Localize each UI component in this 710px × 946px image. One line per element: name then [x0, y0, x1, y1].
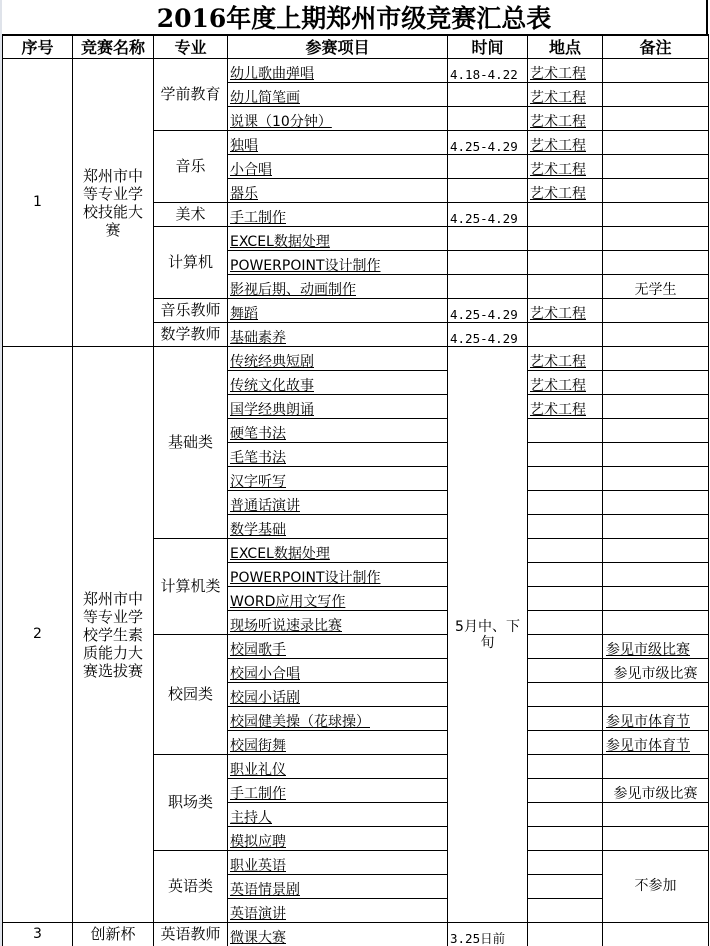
event-cell[interactable]: 英语演讲 — [228, 899, 448, 923]
note-cell[interactable] — [603, 203, 709, 227]
event-cell[interactable]: 模拟应聘 — [228, 827, 448, 851]
header-location[interactable]: 地点 — [528, 35, 603, 59]
note-cell[interactable] — [603, 395, 709, 419]
location-cell[interactable] — [528, 251, 603, 275]
note-cell[interactable] — [603, 179, 709, 203]
location-cell[interactable] — [528, 851, 603, 875]
note-cell[interactable]: 不参加 — [603, 851, 709, 923]
time-cell[interactable] — [448, 179, 528, 203]
location-cell[interactable] — [528, 539, 603, 563]
competition-table: 序号 竞赛名称 专业 参赛项目 时间 地点 备注 1 郑州市中等专业学校技能大赛… — [2, 34, 709, 946]
location-cell[interactable] — [528, 659, 603, 683]
location-cell[interactable] — [528, 227, 603, 251]
time-cell[interactable]: 4.25-4.29 — [448, 131, 528, 155]
event-cell[interactable]: EXCEL数据处理 — [228, 539, 448, 563]
location-cell[interactable] — [528, 635, 603, 659]
note-cell[interactable] — [603, 251, 709, 275]
location-cell[interactable] — [528, 803, 603, 827]
location-cell[interactable] — [528, 779, 603, 803]
note-cell[interactable] — [603, 755, 709, 779]
table-row: 3 创新杯 英语教师 微课大赛 3.25日前 — [3, 923, 709, 946]
location-cell[interactable] — [528, 827, 603, 851]
header-event[interactable]: 参赛项目 — [228, 35, 448, 59]
location-cell[interactable]: 艺术工程 — [528, 59, 603, 83]
note-cell[interactable] — [603, 299, 709, 323]
event-cell[interactable]: 幼儿歌曲弹唱 — [228, 59, 448, 83]
location-cell[interactable] — [528, 923, 603, 946]
note-cell[interactable] — [603, 443, 709, 467]
note-cell[interactable]: 参见市体育节 — [603, 707, 709, 731]
event-cell[interactable]: 职业英语 — [228, 851, 448, 875]
competition-cell[interactable]: 郑州市中等专业学校技能大赛 — [73, 59, 154, 347]
event-cell[interactable]: 小合唱 — [228, 155, 448, 179]
location-cell[interactable] — [528, 683, 603, 707]
major-cell[interactable]: 英语类 — [154, 851, 228, 923]
time-cell[interactable]: 4.25-4.29 — [448, 323, 528, 347]
location-cell[interactable] — [528, 419, 603, 443]
note-cell[interactable] — [603, 347, 709, 371]
time-cell[interactable]: 4.25-4.29 — [448, 299, 528, 323]
event-cell[interactable]: 校园小合唱 — [228, 659, 448, 683]
event-cell[interactable]: 数学基础 — [228, 515, 448, 539]
major-cell[interactable]: 数学教师 — [154, 323, 228, 347]
location-cell[interactable] — [528, 563, 603, 587]
seq-cell[interactable]: 2 — [3, 347, 73, 923]
event-cell[interactable]: 幼儿简笔画 — [228, 83, 448, 107]
header-time[interactable]: 时间 — [448, 35, 528, 59]
time-cell[interactable] — [448, 227, 528, 251]
note-cell[interactable]: 参见市级比赛 — [603, 779, 709, 803]
event-cell[interactable]: 汉字听写 — [228, 467, 448, 491]
note-cell[interactable] — [603, 827, 709, 851]
note-cell[interactable]: 参见市体育节 — [603, 731, 709, 755]
note-cell[interactable] — [603, 59, 709, 83]
major-cell[interactable]: 校园类 — [154, 635, 228, 755]
time-cell[interactable]: 4.18-4.22 — [448, 59, 528, 83]
note-cell[interactable] — [603, 563, 709, 587]
event-cell[interactable]: 说课（10分钟） — [228, 107, 448, 131]
time-cell[interactable] — [448, 107, 528, 131]
event-cell[interactable]: 硬笔书法 — [228, 419, 448, 443]
event-cell[interactable]: 校园健美操（花球操） — [228, 707, 448, 731]
major-cell[interactable]: 音乐教师 — [154, 299, 228, 323]
event-cell[interactable]: EXCEL数据处理 — [228, 227, 448, 251]
time-cell[interactable]: 5月中、下旬 — [448, 347, 528, 923]
location-cell[interactable]: 艺术工程 — [528, 131, 603, 155]
location-cell[interactable] — [528, 755, 603, 779]
location-cell[interactable] — [528, 467, 603, 491]
location-cell[interactable]: 艺术工程 — [528, 299, 603, 323]
major-cell[interactable]: 职场类 — [154, 755, 228, 851]
note-cell[interactable] — [603, 467, 709, 491]
time-cell[interactable] — [448, 155, 528, 179]
seq-cell[interactable]: 3 — [3, 923, 73, 946]
location-cell[interactable]: 艺术工程 — [528, 155, 603, 179]
location-cell[interactable] — [528, 707, 603, 731]
event-cell[interactable]: 现场听说速录比赛 — [228, 611, 448, 635]
location-cell[interactable] — [528, 587, 603, 611]
location-cell[interactable] — [528, 323, 603, 347]
major-cell[interactable]: 学前教育 — [154, 59, 228, 131]
table-row: 2 郑州市中等专业学校学生素质能力大赛选拔赛 基础类 传统经典短剧 5月中、下旬… — [3, 347, 709, 371]
event-cell[interactable]: 校园小话剧 — [228, 683, 448, 707]
competition-cell[interactable]: 郑州市中等专业学校学生素质能力大赛选拔赛 — [73, 347, 154, 923]
event-cell[interactable]: 手工制作 — [228, 203, 448, 227]
event-cell[interactable]: 校园歌手 — [228, 635, 448, 659]
event-cell[interactable]: 英语情景剧 — [228, 875, 448, 899]
note-cell[interactable] — [603, 155, 709, 179]
location-cell[interactable] — [528, 731, 603, 755]
event-cell[interactable]: POWERPOINT设计制作 — [228, 251, 448, 275]
note-cell[interactable] — [603, 107, 709, 131]
event-cell[interactable]: 校园街舞 — [228, 731, 448, 755]
header-seq[interactable]: 序号 — [3, 35, 73, 59]
location-cell[interactable] — [528, 875, 603, 899]
location-cell[interactable] — [528, 275, 603, 299]
time-cell[interactable] — [448, 251, 528, 275]
location-cell[interactable] — [528, 515, 603, 539]
location-cell[interactable] — [528, 443, 603, 467]
event-cell[interactable]: 基础素养 — [228, 323, 448, 347]
note-cell[interactable] — [603, 515, 709, 539]
event-cell[interactable]: 国学经典朗诵 — [228, 395, 448, 419]
note-cell[interactable] — [603, 371, 709, 395]
location-cell[interactable]: 艺术工程 — [528, 107, 603, 131]
note-cell[interactable] — [603, 923, 709, 946]
time-cell[interactable] — [448, 275, 528, 299]
note-cell[interactable]: 无学生 — [603, 275, 709, 299]
event-cell[interactable]: 主持人 — [228, 803, 448, 827]
major-cell[interactable]: 音乐 — [154, 131, 228, 203]
location-cell[interactable] — [528, 491, 603, 515]
time-cell[interactable]: 3.25日前 — [448, 923, 528, 946]
note-cell[interactable] — [603, 611, 709, 635]
event-cell[interactable]: 影视后期、动画制作 — [228, 275, 448, 299]
note-cell[interactable] — [603, 683, 709, 707]
time-cell[interactable] — [448, 83, 528, 107]
major-cell[interactable]: 计算机 — [154, 227, 228, 299]
major-cell[interactable]: 美术 — [154, 203, 228, 227]
event-cell[interactable]: 毛笔书法 — [228, 443, 448, 467]
location-cell[interactable]: 艺术工程 — [528, 179, 603, 203]
sheet-title: 2016年度上期郑州市级竞赛汇总表 — [2, 0, 708, 34]
note-cell[interactable] — [603, 587, 709, 611]
event-cell[interactable]: 微课大赛 — [228, 923, 448, 946]
major-cell[interactable]: 基础类 — [154, 347, 228, 539]
note-cell[interactable] — [603, 491, 709, 515]
header-row: 序号 竞赛名称 专业 参赛项目 时间 地点 备注 — [3, 35, 709, 59]
major-cell[interactable]: 英语教师 — [154, 923, 228, 946]
spreadsheet: 2016年度上期郑州市级竞赛汇总表 序号 竞赛名称 专业 参赛项目 时间 地点 … — [2, 0, 708, 946]
location-cell[interactable] — [528, 611, 603, 635]
location-cell[interactable] — [528, 899, 603, 923]
note-cell[interactable] — [603, 803, 709, 827]
event-cell[interactable]: POWERPOINT设计制作 — [228, 563, 448, 587]
header-note[interactable]: 备注 — [603, 35, 709, 59]
location-cell[interactable]: 艺术工程 — [528, 371, 603, 395]
time-cell[interactable]: 4.25-4.29 — [448, 203, 528, 227]
location-cell[interactable]: 艺术工程 — [528, 395, 603, 419]
location-cell[interactable]: 艺术工程 — [528, 347, 603, 371]
event-cell[interactable]: 职业礼仪 — [228, 755, 448, 779]
seq-cell[interactable]: 1 — [3, 59, 73, 347]
note-cell[interactable] — [603, 539, 709, 563]
competition-cell[interactable]: 创新杯 — [73, 923, 154, 946]
header-major[interactable]: 专业 — [154, 35, 228, 59]
event-cell[interactable]: 传统文化故事 — [228, 371, 448, 395]
event-cell[interactable]: WORD应用文写作 — [228, 587, 448, 611]
location-cell[interactable]: 艺术工程 — [528, 83, 603, 107]
note-cell[interactable] — [603, 83, 709, 107]
event-cell[interactable]: 舞蹈 — [228, 299, 448, 323]
note-cell[interactable] — [603, 227, 709, 251]
event-cell[interactable]: 器乐 — [228, 179, 448, 203]
header-competition[interactable]: 竞赛名称 — [73, 35, 154, 59]
event-cell[interactable]: 手工制作 — [228, 779, 448, 803]
event-cell[interactable]: 独唱 — [228, 131, 448, 155]
table-row: 1 郑州市中等专业学校技能大赛 学前教育 幼儿歌曲弹唱 4.18-4.22 艺术… — [3, 59, 709, 83]
event-cell[interactable]: 传统经典短剧 — [228, 347, 448, 371]
note-cell[interactable] — [603, 419, 709, 443]
event-cell[interactable]: 普通话演讲 — [228, 491, 448, 515]
note-cell[interactable]: 参见市级比赛 — [603, 659, 709, 683]
note-cell[interactable]: 参见市级比赛 — [603, 635, 709, 659]
major-cell[interactable]: 计算机类 — [154, 539, 228, 635]
note-cell[interactable] — [603, 131, 709, 155]
note-cell[interactable] — [603, 323, 709, 347]
location-cell[interactable] — [528, 203, 603, 227]
